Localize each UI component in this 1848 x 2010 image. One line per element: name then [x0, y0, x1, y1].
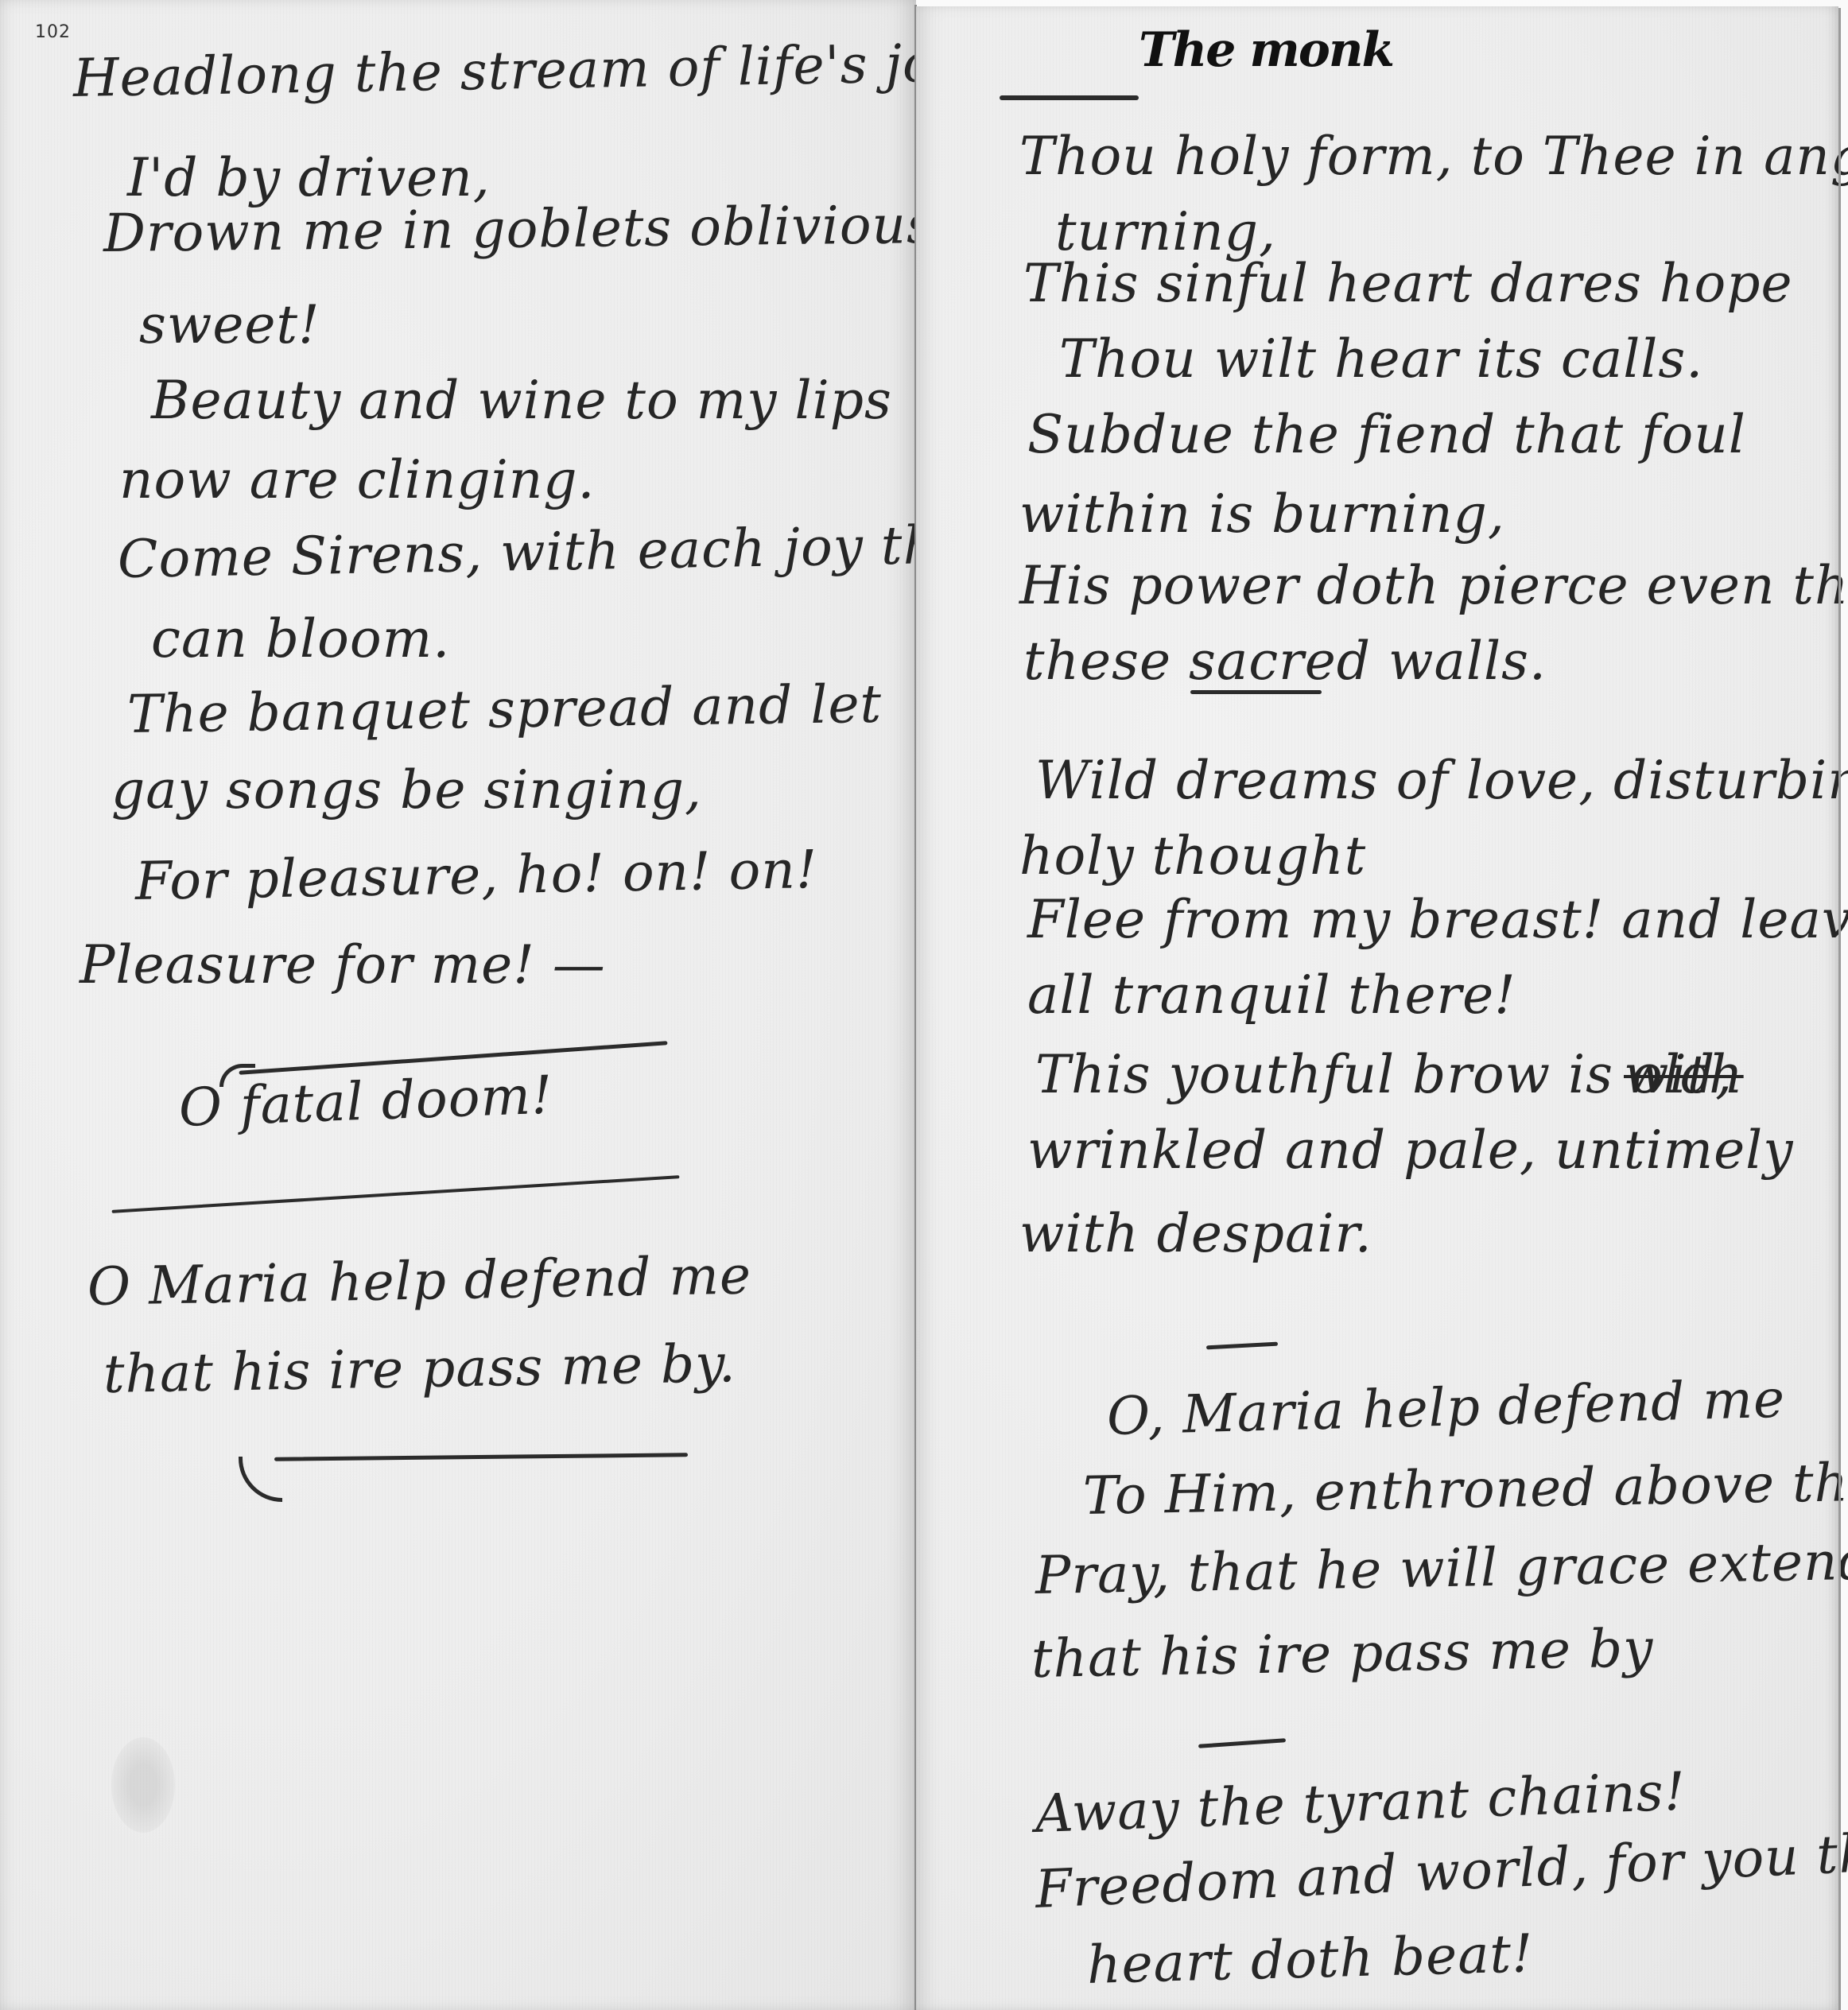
- right-line-1: Thou holy form, to Thee in anguish: [1019, 126, 1848, 187]
- page-number: 102: [35, 22, 71, 42]
- divider-swash-2: [274, 1453, 688, 1461]
- left-line-12: Pleasure for me! —: [80, 934, 606, 995]
- left-line-15: that his ire pass me by.: [103, 1333, 736, 1405]
- struck-word: with: [1624, 1044, 1744, 1105]
- right-line-12: all tranquil there!: [1027, 964, 1516, 1026]
- right-line-15: with despair.: [1019, 1203, 1372, 1264]
- right-line-8: these sacred walls.: [1023, 631, 1547, 692]
- page-edge: [1838, 8, 1841, 2010]
- left-line-13: O fatal doom!: [178, 1065, 554, 1139]
- left-line-14: O Maria help defend me: [87, 1244, 751, 1317]
- poem-title: The monk: [1139, 22, 1393, 78]
- divider-rule-1: [112, 1175, 680, 1213]
- divider-swash-2-curl: [239, 1457, 282, 1502]
- left-line-11: For pleasure, ho! on! on!: [134, 839, 818, 912]
- title-underline: [1000, 95, 1139, 100]
- right-line-9: Wild dreams of love, disturbing: [1035, 750, 1848, 811]
- right-line-7: His power doth pierce even through: [1019, 555, 1848, 616]
- left-line-7: Come Sirens, with each joy that: [117, 514, 992, 590]
- divider-rule-3: [1206, 1342, 1278, 1350]
- right-line-17: To Him, enthroned above the sky: [1082, 1449, 1848, 1527]
- left-line-1: Headlong the stream of life's joy: [72, 32, 965, 109]
- right-line-11: Flee from my breast! and leave: [1027, 889, 1848, 950]
- divider-rule-4: [1198, 1738, 1286, 1748]
- right-line-5: Subdue the fiend that foul: [1027, 404, 1746, 465]
- right-line-20: Away the tyrant chains!: [1035, 1760, 1687, 1845]
- right-line-3: This sinful heart dares hope: [1023, 253, 1793, 314]
- left-line-4: sweet!: [139, 294, 320, 355]
- left-line-10: gay songs be singing,: [111, 759, 702, 821]
- left-line-8: can bloom.: [151, 608, 450, 669]
- left-line-5: Beauty and wine to my lips: [151, 370, 892, 431]
- right-page: The monk Thou holy form, to Thee in angu…: [916, 6, 1838, 2010]
- manuscript-spread: 102 Headlong the stream of life's joy I'…: [0, 0, 1848, 2010]
- water-stain: [111, 1737, 175, 1833]
- right-line-10: holy thought: [1019, 825, 1366, 887]
- divider-rule-2: [1190, 690, 1322, 694]
- right-line-19: that his ire pass me by: [1031, 1617, 1654, 1690]
- right-line-18: Pray, that he will grace extend me,: [1035, 1528, 1848, 1606]
- left-page: 102 Headlong the stream of life's joy I'…: [0, 0, 916, 2010]
- right-line-16: O, Maria help defend me: [1106, 1368, 1786, 1447]
- right-line-6: within is burning,: [1019, 483, 1505, 545]
- right-line-14: wrinkled and pale, untimely: [1027, 1119, 1794, 1181]
- right-line-22: heart doth beat!: [1086, 1923, 1534, 1996]
- left-line-6: now are clinging.: [119, 449, 595, 510]
- left-line-3: Drown me in goblets oblivious and: [103, 192, 1054, 263]
- right-line-4: Thou wilt hear its calls.: [1059, 328, 1703, 390]
- left-line-9: The banquet spread and let: [126, 673, 882, 745]
